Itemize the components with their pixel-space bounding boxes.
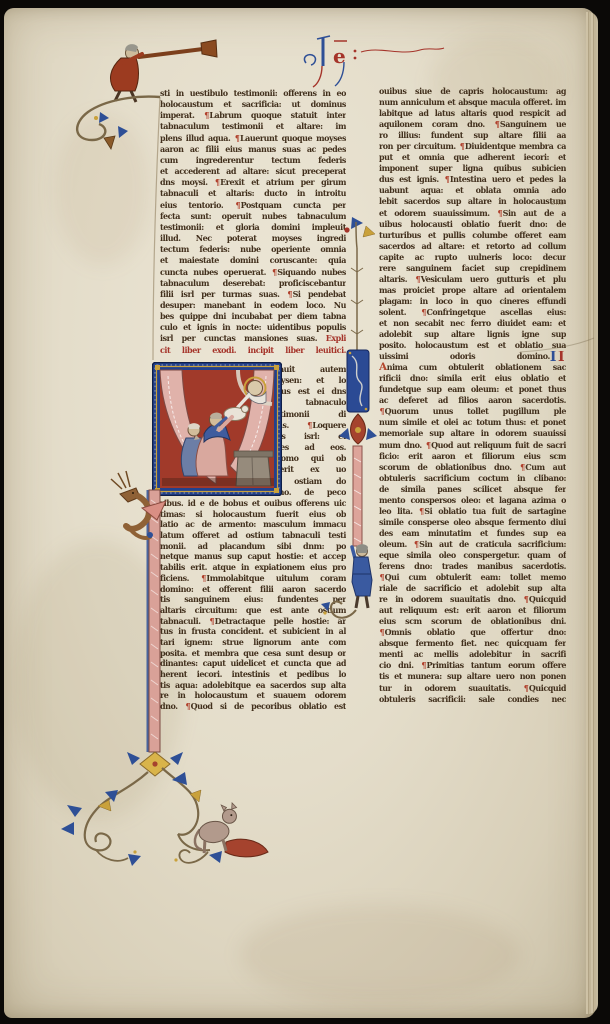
text-line: ro illius: fundent sup altare filii aa bbox=[379, 130, 566, 141]
text-line: capite ac rupto uulneris loco: decur bbox=[379, 252, 566, 263]
text-line: des eam minutatim et fundes sup ea bbox=[379, 528, 566, 539]
text-line: timas: si holocaustum fuerit eius ob bbox=[160, 509, 346, 520]
text-line: isrl per cunctas mansiones suas. Expli bbox=[160, 333, 346, 344]
text-line: testimonii: et gloria domini impleuit bbox=[160, 222, 346, 233]
text-line: ¶Quorum unus tollet pugillum ple bbox=[379, 406, 566, 417]
text-line: culo et ignis in nocte: uidentibus popul… bbox=[160, 322, 346, 333]
text-line: imperat. ¶Labrum quoque statuit inter bbox=[160, 110, 346, 121]
text-line: tis aqua: adolebitque ea sacerdos sup al… bbox=[160, 680, 346, 691]
text-line: tabnaculi. ¶Detractaque pelle hostie: ar bbox=[160, 616, 346, 627]
text-line: mento conspersos oleo: et lagana azima o bbox=[379, 495, 566, 506]
text-line: mum dno. ¶Quod aut reliquum fuit de sacr… bbox=[379, 440, 566, 451]
text-line: simile consperse oleo absque fermento di… bbox=[379, 517, 566, 528]
text-line: plagam: in loco in quo cineres effundi bbox=[379, 296, 566, 307]
chapter-numeral: II bbox=[550, 351, 566, 362]
text-line: absque fermento fiet. nec quicquam fer bbox=[379, 638, 566, 649]
text-line: tis et munera: sup altare uero non ponen bbox=[379, 671, 566, 682]
text-line: adolebit sup altare lignis igne sup bbox=[379, 329, 566, 340]
text-line: aquilonem coram dno. ¶Sanguinem ue bbox=[379, 119, 566, 130]
text-line: uissimi odoris domino.II bbox=[379, 351, 566, 362]
text-line: posito. holocaustum est et oblatio sua bbox=[379, 340, 566, 351]
text-line: Anima cum obtulerit oblationem sac bbox=[379, 362, 566, 373]
text-line: ribus. id e de bobus et ouibus offerens … bbox=[160, 498, 346, 509]
text-line: et accederent ad altare: sicut precepera… bbox=[160, 166, 346, 177]
text-line: tabnaculum testimonii et altare: im bbox=[160, 121, 346, 132]
marginal-annotation: dño bbox=[551, 199, 564, 207]
text-line: mas proiciet prope altare ad orientalem bbox=[379, 285, 566, 296]
text-line: posita. et membra que cesa sunt desup or bbox=[160, 648, 346, 659]
text-line: ac deferet ad filios aaron sacerdotis. bbox=[379, 395, 566, 406]
text-line: eque simila oleo conspergetur. quam of bbox=[379, 550, 566, 561]
text-line: ficiens. ¶Immolabitque uitulum coram bbox=[160, 573, 346, 584]
text-line: dno. ¶Quod si de pecoribus oblatio est bbox=[160, 701, 346, 712]
text-line: turturibus et pullis columbe offeret eam bbox=[379, 230, 566, 241]
text-line: desuper: manebant in eodem loco. Nu bbox=[160, 300, 346, 311]
text-line: lebit sacerdos sup altare in holocaustum bbox=[379, 196, 566, 207]
text-line: cio dni. ¶Primitias tantum eorum offere bbox=[379, 660, 566, 671]
text-line: tur in odorem suauitatis. ¶Quicquid bbox=[379, 683, 566, 694]
text-line: filii isrl per turmas suas. ¶Si pendebat bbox=[160, 289, 346, 300]
rubric-explicit-start: Expli bbox=[326, 333, 346, 343]
text-line: et odorem suauissimum. ¶Sin aut de a bbox=[379, 208, 566, 219]
left-column-leviticus-text: ribus. id e de bobus et ouibus offerens … bbox=[160, 498, 346, 712]
text-line: rificii dno: simila erit eius oblatio et bbox=[379, 373, 566, 384]
text-line: uabunt aqua: et oblata omnia ado bbox=[379, 185, 566, 196]
text-line: latum offeret ad ostium tabnaculi testi bbox=[160, 530, 346, 541]
text-line: dus est ignis. ¶Intestina uero et pedes … bbox=[379, 174, 566, 185]
text-line: ron per circuitum. ¶Diuidentque membra c… bbox=[379, 141, 566, 152]
text-line: num anniculum et absque macula offeret. … bbox=[379, 97, 566, 108]
historiated-initial-v bbox=[152, 362, 282, 496]
text-line: aut reliquum est: erit aaron et filiorum bbox=[379, 605, 566, 616]
text-line: domino: et offerent filii aaron sacerdo bbox=[160, 584, 346, 595]
right-column-text: ouibus siue de capris holocaustum: agnum… bbox=[379, 86, 566, 705]
text-line: imponent super ligna quibus subicien bbox=[379, 163, 566, 174]
text-line: obtuleris sacrificii: sale condies nec bbox=[379, 694, 566, 705]
text-line: eius scm scorum de oblationibus dni. bbox=[379, 616, 566, 627]
text-line: tari ignem: strue lignorum ante com bbox=[160, 637, 346, 648]
text-line: monii. ad placandum sibi dnm: po bbox=[160, 541, 346, 552]
left-column-exodus-text: sti in uestibulo testimonii: offerens in… bbox=[160, 88, 346, 356]
text-line: re in odorem suauitatis dno. ¶Quicquid bbox=[379, 594, 566, 605]
text-line: riale de sacrificio et adolebit sup alta bbox=[379, 583, 566, 594]
text-line: put et omnia que adherent iecori: et bbox=[379, 152, 566, 163]
text-line: plens illud aqua. ¶Lauerunt quoque moyse… bbox=[160, 133, 346, 144]
text-line: tabilis erit. atque in expiationem eius … bbox=[160, 562, 346, 573]
text-line: tectum federis: nube operiente omnia bbox=[160, 244, 346, 255]
text-line: dns moysi. ¶Erexit et atrium per girum bbox=[160, 177, 346, 188]
text-line: tus in frusta concident. et subicient in… bbox=[160, 626, 346, 637]
manuscript-photo: { "header": { "letter_l": "l", "letter_e… bbox=[0, 0, 610, 1024]
text-line: sacerdos ad altare: et retorto ad collum bbox=[379, 241, 566, 252]
text-line: leo lita. ¶Si oblatio tua fuit de sartag… bbox=[379, 506, 566, 517]
text-line: cum ingrederentur tectum federis bbox=[160, 155, 346, 166]
text-line: tabnaculi et altaris: ducto in introitu bbox=[160, 188, 346, 199]
text-line: herent iecori. intestinis et pedibus lo bbox=[160, 669, 346, 680]
text-line: ¶Omnis oblatio que offertur dno: bbox=[379, 627, 566, 638]
text-line: solent. ¶Confringetque ascellas eius: bbox=[379, 307, 566, 318]
text-line: ¶Qui cum obtulerit eam: tollet memo bbox=[379, 572, 566, 583]
text-line: holocaustum et sacrificia: ut dominus bbox=[160, 99, 346, 110]
text-line: tabnaculum deserebat: proficiscebantur bbox=[160, 278, 346, 289]
text-line: rere sanguinem faciet sup crepidinem bbox=[379, 263, 566, 274]
text-line: latio ac de armento: masculum immacu bbox=[160, 519, 346, 530]
text-line: tis sanguinem eius: fundentes per bbox=[160, 594, 346, 605]
text-line: eius tentorio. ¶Postquam cuncta per bbox=[160, 200, 346, 211]
text-line: labitque ad latus altaris quod respicit … bbox=[379, 108, 566, 119]
text-line: ferens dno: trades manibus sacerdotis. bbox=[379, 561, 566, 572]
text-line: uibus holocausti oblatio fuerit dno: de bbox=[379, 219, 566, 230]
text-line: re in holocaustum et suauem odorem bbox=[160, 690, 346, 701]
text-line: et non secabit nec ferro diuidet eam: et bbox=[379, 318, 566, 329]
text-line: menti ac mellis adolebitur in sacrifi bbox=[379, 649, 566, 660]
text-line: aaron ac filii eius manus suas ac pedes bbox=[160, 144, 346, 155]
text-line: illud. Nec poterat moyses ingredi bbox=[160, 233, 346, 244]
text-line: de simila panes scilicet absque fer bbox=[379, 484, 566, 495]
text-line: ouibus siue de capris holocaustum: ag bbox=[379, 86, 566, 97]
book-fore-edge bbox=[586, 12, 598, 1014]
text-line: scorum de oblationibus dno. ¶Cum aut bbox=[379, 462, 566, 473]
text-line: cuncta nubes operuerat. ¶Siquando nubes bbox=[160, 267, 346, 278]
text-line: oleum. ¶Sin aut de craticula sacrificium… bbox=[379, 539, 566, 550]
text-line: sti in uestibulo testimonii: offerens in… bbox=[160, 88, 346, 99]
text-line: et maiestate domini coruscante: quia bbox=[160, 255, 346, 266]
chapter2-lombard-initial: A bbox=[379, 362, 387, 373]
text-line: fecta sunt: operuit nubes tabnaculum bbox=[160, 211, 346, 222]
text-line: altaris. ¶Vesiculam uero gutturis et plu bbox=[379, 274, 566, 285]
text-line: bes quippe dni incubabat per diem tabna bbox=[160, 311, 346, 322]
text-line: netque manus sup caput hostie: et accep bbox=[160, 551, 346, 562]
text-line: obtuleris sacrificium coctum in clibano: bbox=[379, 473, 566, 484]
text-line: fundetque sup eam oleum: et ponet thus bbox=[379, 384, 566, 395]
text-line: altaris circuitum: que est ante ostium bbox=[160, 605, 346, 616]
text-line: num simile et olei ac totum thus: et pon… bbox=[379, 417, 566, 428]
text-line: ficio: erit aaron et filiorum eius scm bbox=[379, 451, 566, 462]
text-line: memoriale sup altare in odorem suauissi bbox=[379, 428, 566, 439]
rubric-incipit-line: cit liber exodi. incipit liber leuitici. bbox=[160, 345, 346, 356]
text-line: dinantes: caput uidelicet et cuncta que … bbox=[160, 658, 346, 669]
